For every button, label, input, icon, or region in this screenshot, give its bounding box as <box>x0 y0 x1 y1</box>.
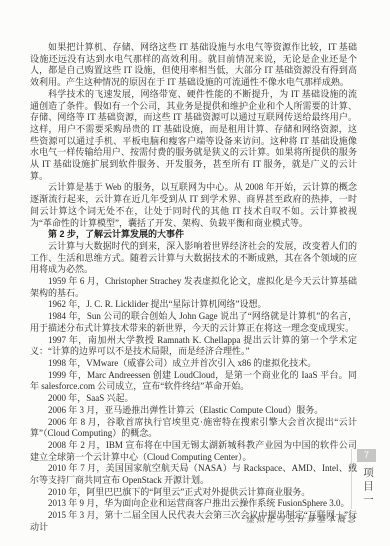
timeline-item-2010: 2010 年，阿里巴巴旗下的“阿里云”正式对外提供云计算商业服务。 <box>30 487 357 499</box>
timeline-item-1984: 1984 年，Sun 公司的联合创始人 John Gage 说出了“网络就是计算… <box>30 311 357 334</box>
chapter-tab-label: 项目一 <box>360 467 375 508</box>
timeline-item-2006-03: 2006 年 3 月，亚马逊推出弹性计算云（Elastic Compute Cl… <box>30 405 357 417</box>
paragraph: 科学技术的飞速发展，网络带宽、硬件性能的不断提升，为 IT 基础设施的流通创造了… <box>30 89 357 183</box>
book-page: 如果把计算机、存储、网络这些 IT 基础设施与水电气等资源作比较，IT 基础设施… <box>0 0 390 546</box>
timeline-item-2008: 2008 年 2 月，IBM 宣布将在中国无锡太湖新城科教产业园为中国的软件公司… <box>30 440 357 463</box>
running-footer-title: 虚拟化与云计算基本概念 <box>246 513 357 525</box>
timeline-item-2010-07: 2010 年 7 月，美国国家航空航天局（NASA）与 Rackspace、AM… <box>30 463 357 486</box>
timeline-item-2013: 2013 年 9 月，华为面向企业和运营商客户推出云操作系统 FusionSph… <box>30 498 357 510</box>
timeline-item-1998: 1998 年，VMware（威睿公司）成立并首次引入 x86 的虚拟化技术。 <box>30 358 357 370</box>
main-text-block: 如果把计算机、存储、网络这些 IT 基础设施与水电气等资源作比较，IT 基础设施… <box>30 42 357 534</box>
timeline-item-2006-08: 2006 年 8 月，谷歌首席执行官埃里克·施密特在搜索引擎大会首次提出“云计算… <box>30 417 357 440</box>
page-number-badge: 7 <box>357 449 376 462</box>
paragraph: 云计算与大数据时代的到来，深入影响着世界经济社会的发展，改变着人们的工作、生活和… <box>30 241 357 276</box>
chapter-side-tab: 7 项目一 <box>351 449 378 509</box>
timeline-item-2000: 2000 年，SaaS 兴起。 <box>30 393 357 405</box>
paragraph: 如果把计算机、存储、网络这些 IT 基础设施与水电气等资源作比较，IT 基础设施… <box>30 42 357 89</box>
timeline-item-1997: 1997 年，南加州大学教授 Ramnath K. Chellappa 提出云计… <box>30 335 357 358</box>
timeline-item-1999: 1999 年，Marc Andreessen 创建 LoudCloud，是第一个… <box>30 370 357 393</box>
step-2-heading: 第 2 步，了解云计算发展的大事件 <box>30 229 357 241</box>
paragraph: 云计算是基于 Web 的服务，以互联网为中心。从 2008 年开始，云计算的概念… <box>30 182 357 229</box>
timeline-item-1962: 1962 年，J. C. R. Licklider 提出“星际计算机网络”设想。 <box>30 299 357 311</box>
timeline-item-1959: 1959 年 6 月，Christopher Strachey 发表虚拟化论文，… <box>30 276 357 299</box>
